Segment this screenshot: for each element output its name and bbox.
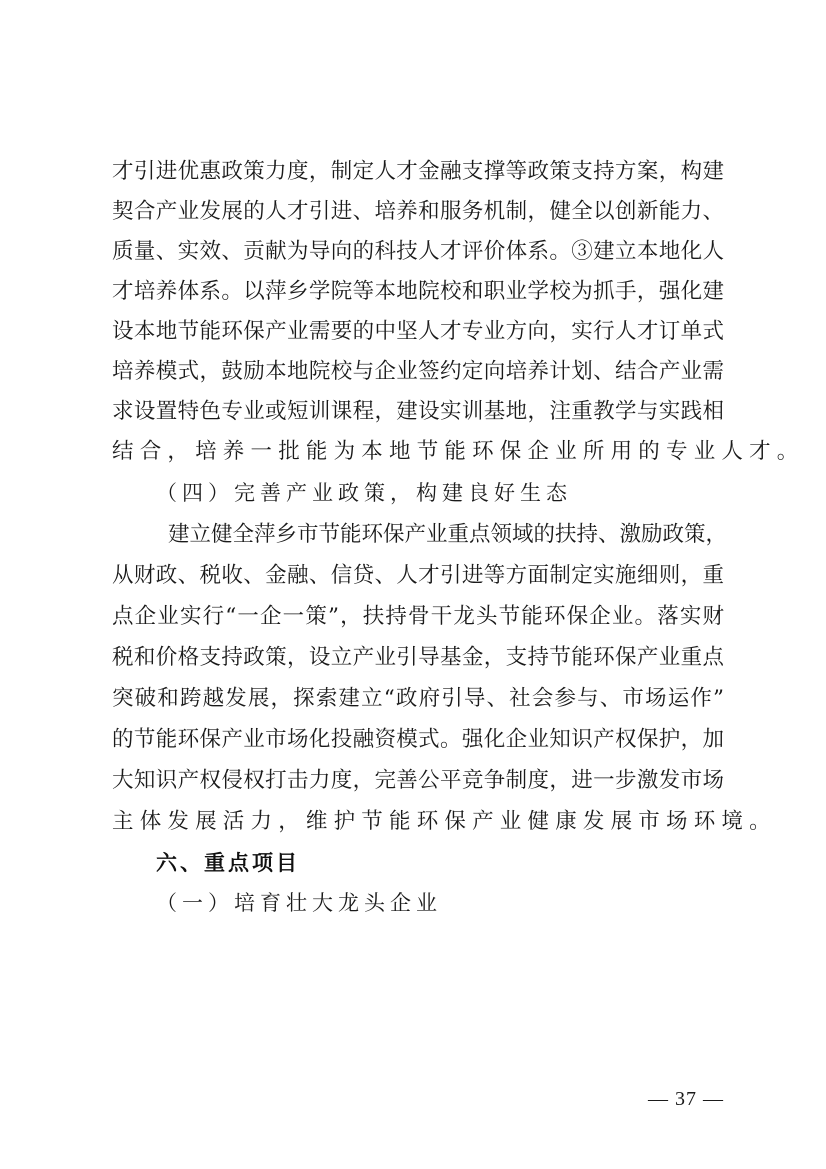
text-line: 主体发展活力，维护节能环保产业健康发展市场环境。 [112, 806, 724, 838]
text-line: 结合，培养一批能为本地节能环保企业所用的专业人才。 [112, 436, 724, 468]
text-line: 契合产业发展的人才引进、培养和服务机制，健全以创新能力、 [112, 196, 724, 228]
text-line: 建立健全萍乡市节能环保产业重点领域的扶持、激励政策， [168, 519, 724, 551]
text-line: 质量、实效、贡献为导向的科技人才评价体系。③建立本地化人 [112, 236, 724, 268]
chapter-heading-6: 六、重点项目 [156, 847, 300, 879]
text-line: 的节能环保产业市场化投融资模式。强化企业知识产权保护，加 [112, 724, 724, 756]
text-line: 点企业实行“一企一策”，扶持骨干龙头节能环保企业。落实财 [112, 601, 724, 633]
text-line: 大知识产权侵权打击力度，完善公平竞争制度，进一步激发市场 [112, 765, 724, 797]
document-page: 才引进优惠政策力度，制定人才金融支撑等政策支持方案，构建 契合产业发展的人才引进… [0, 0, 826, 1169]
page-number: — 37 — [648, 1088, 724, 1111]
text-line: 设本地节能环保产业需要的中坚人才专业方向，实行人才订单式 [112, 316, 724, 348]
text-line: 才培养体系。以萍乡学院等本地院校和职业学校为抓手，强化建 [112, 276, 724, 308]
section-heading-4: （四）完善产业政策，构建良好生态 [156, 477, 572, 509]
text-line: 突破和跨越发展，探索建立“政府引导、社会参与、市场运作” [112, 683, 724, 715]
text-line: 税和价格支持政策，设立产业引导基金，支持节能环保产业重点 [112, 642, 724, 674]
text-line: 培养模式，鼓励本地院校与企业签约定向培养计划、结合产业需 [112, 356, 724, 388]
subsection-heading-1: （一）培育壮大龙头企业 [156, 887, 442, 919]
text-line: 求设置特色专业或短训课程，建设实训基地，注重教学与实践相 [112, 396, 724, 428]
text-line: 从财政、税收、金融、信贷、人才引进等方面制定实施细则，重 [112, 560, 724, 592]
text-line: 才引进优惠政策力度，制定人才金融支撑等政策支持方案，构建 [112, 156, 724, 188]
